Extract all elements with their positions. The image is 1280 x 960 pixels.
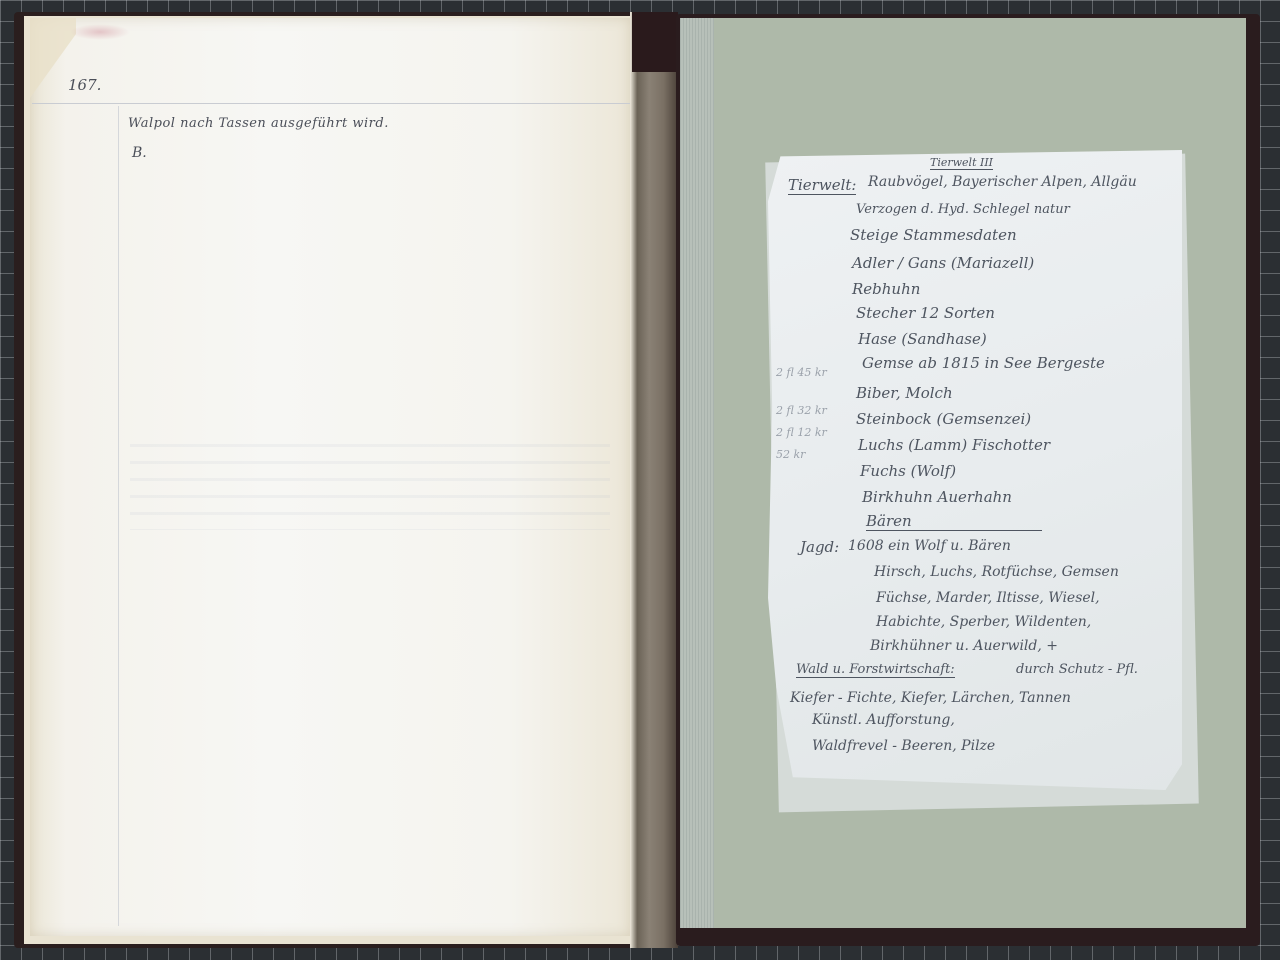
note-label: Tierwelt: xyxy=(788,176,856,195)
note-line: Biber, Molch xyxy=(856,384,953,402)
note-line: Hirsch, Luchs, Rotfüchse, Gemsen xyxy=(874,564,1119,580)
note-line: Rebhuhn xyxy=(852,280,920,298)
note-label: Wald u. Forstwirtschaft: xyxy=(796,662,955,678)
margin-line xyxy=(118,106,119,926)
handwritten-line: Walpol nach Tassen ausgeführt wird. xyxy=(128,116,389,131)
note-header: Tierwelt III xyxy=(930,156,993,170)
note-line: Steige Stammesdaten xyxy=(850,226,1017,244)
note-line: Künstl. Aufforstung, xyxy=(812,712,955,728)
margin-note: 2 fl 12 kr xyxy=(776,426,827,439)
note-line: Steinbock (Gemsenzei) xyxy=(856,410,1031,428)
note-line: Adler / Gans (Mariazell) xyxy=(852,254,1034,272)
stain xyxy=(70,24,130,40)
note-label: Jagd: xyxy=(800,538,839,556)
note-line: 1608 ein Wolf u. Bären xyxy=(848,538,1011,554)
show-through-text xyxy=(130,430,610,530)
note-line: Verzogen d. Hyd. Schlegel natur xyxy=(856,202,1070,217)
book-spine xyxy=(630,12,678,948)
cloth-hinge xyxy=(680,18,714,928)
handwritten-line: B. xyxy=(132,145,147,161)
note-line: Habichte, Sperber, Wildenten, xyxy=(876,614,1091,630)
note-line: Fuchs (Wolf) xyxy=(860,462,956,480)
note-line: Hase (Sandhase) xyxy=(858,330,987,348)
margin-note: 2 fl 32 kr xyxy=(776,404,827,417)
page-number: 167. xyxy=(68,76,101,94)
note-line: Gemse ab 1815 in See Bergeste xyxy=(862,354,1105,372)
note-line: Luchs (Lamm) Fischotter xyxy=(858,436,1050,454)
note-line: Birkhuhn Auerhahn xyxy=(862,488,1012,506)
note-line: Füchse, Marder, Iltisse, Wiesel, xyxy=(876,590,1100,606)
note-line: Kiefer - Fichte, Kiefer, Lärchen, Tannen xyxy=(790,690,1071,706)
margin-note: 52 kr xyxy=(776,448,805,461)
note-line: Raubvögel, Bayerischer Alpen, Allgäu xyxy=(868,174,1137,190)
margin-note: 2 fl 45 kr xyxy=(776,366,827,379)
note-line: Stecher 12 Sorten xyxy=(856,304,995,322)
note-line: Birkhühner u. Auerwild, + xyxy=(870,638,1058,654)
note-line: Waldfrevel - Beeren, Pilze xyxy=(812,738,995,754)
ruled-line xyxy=(32,103,630,104)
spine-headcap xyxy=(632,12,678,72)
note-line: durch Schutz - Pfl. xyxy=(1016,662,1138,677)
note-line: Bären xyxy=(866,512,1042,531)
